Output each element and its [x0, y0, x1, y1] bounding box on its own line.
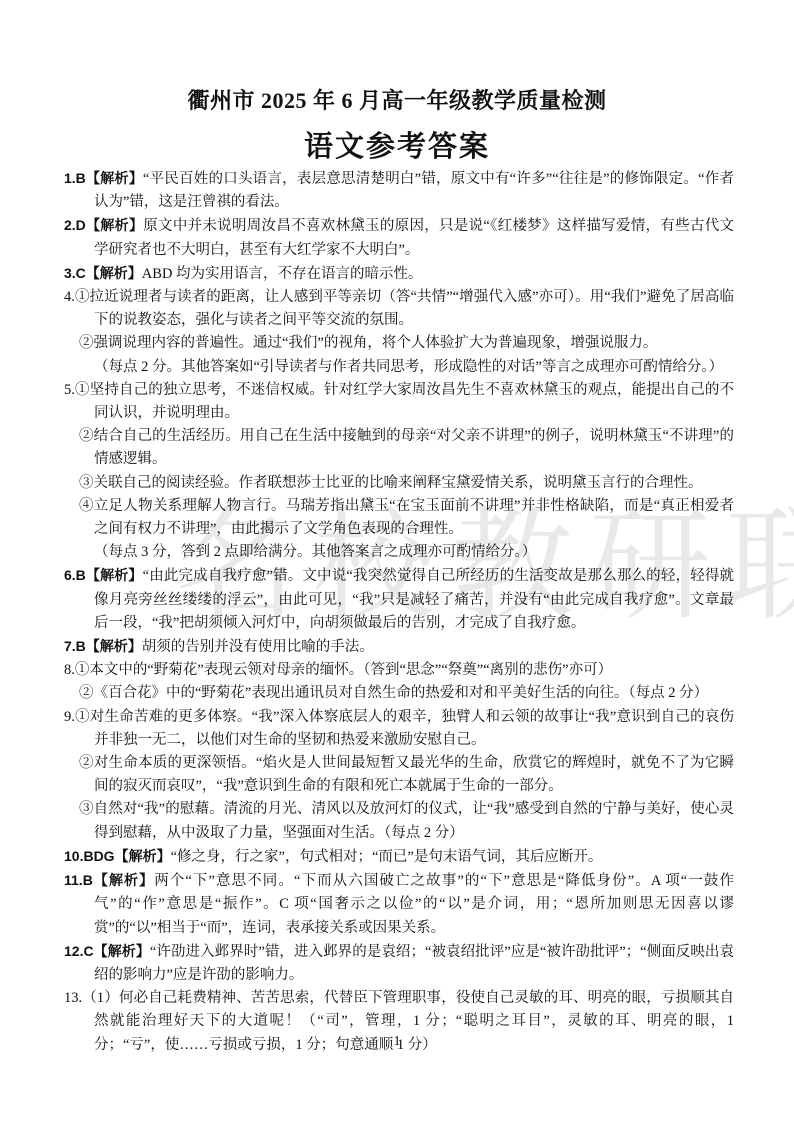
answer-paragraph: 6.B【解析】“由此完成自我疗愈”错。文中说“我突然觉得自己所经历的生活变故是那… — [64, 564, 734, 635]
document-title: 衢州市 2025 年 6 月高一年级教学质量检测 — [0, 0, 794, 115]
answer-label: 12.C【解析】 — [64, 943, 150, 959]
answer-label: 1.B【解析】 — [64, 170, 143, 186]
answer-paragraph: 1.B【解析】“平民百姓的口头语言，表层意思清楚明白”错，原文中有“许多”“往往… — [64, 167, 734, 214]
answer-paragraph: 2.D【解析】原文中并未说明周汝昌不喜欢林黛玉的原因，只是说“《红楼梦》这样描写… — [64, 214, 734, 261]
answer-paragraph: 10.BDG【解析】“修之身，行之家”，句式相对；“而已”是句末语气词，其后应断… — [64, 845, 734, 869]
answer-paragraph: 3.C【解析】ABD 均为实用语言，不存在语言的暗示性。 — [64, 262, 734, 286]
answer-paragraph: 5.①坚持自己的独立思考，不迷信权威。针对红学大家周汝昌先生不喜欢林黛玉的观点，… — [64, 379, 734, 425]
page-number: 1 — [0, 1034, 794, 1050]
answer-paragraph: 9.①对生命苦难的更多体察。“我”深入体察底层人的艰辛，独臂人和云领的故事让“我… — [64, 706, 734, 752]
answer-paragraph: ②对生命本质的更深领悟。“焰火是人世间最短暂又最光华的生命，欣赏它的辉煌时，就免… — [79, 752, 734, 798]
answer-paragraph: ③自然对“我”的慰藉。清流的月光、清风以及放河灯的仪式，让“我”感受到自然的宁静… — [79, 798, 734, 844]
answer-paragraph: 11.B【解析】两个“下”意思不同。“下而从六国破亡之故事”的“下”意思是“降低… — [64, 869, 734, 940]
answer-paragraph: ③关联自己的阅读经验。作者联想莎士比亚的比喻来阐释宝黛爱情关系，说明黛玉言行的合… — [79, 472, 734, 495]
answer-label: 6.B【解析】 — [64, 567, 143, 583]
answer-paragraph: ②结合自己的生活经历。用自己在生活中接触到的母亲“对父亲不讲理”的例子，说明林黛… — [79, 425, 734, 471]
answer-paragraph: ④立足人物关系理解人物言行。马瑞芳指出黛玉“在宝玉面前不讲理”并非性格缺陷，而是… — [79, 495, 734, 541]
answer-label: 2.D【解析】 — [64, 217, 143, 233]
answer-paragraph: 7.B【解析】胡须的告别并没有使用比喻的手法。 — [64, 635, 734, 659]
answer-paragraph: ②《百合花》中的“野菊花”表现出通讯员对自然生命的热爱和对和平美好生活的向往。（… — [79, 682, 734, 705]
answer-paragraph: ②强调说理内容的普遍性。通过“我们”的视角，将个人体验扩大为普遍现象，增强说服力… — [79, 332, 734, 355]
answer-paragraph: （每点 3 分，答到 2 点即给满分。其他答案言之成理亦可酌情给分。） — [94, 541, 734, 564]
answer-paragraph: 8.①本文中的“野菊花”表现云领对母亲的缅怀。（答到“思念”“祭奠”“离别的悲伤… — [64, 659, 734, 682]
answers-body: 1.B【解析】“平民百姓的口头语言，表层意思清楚明白”错，原文中有“许多”“往往… — [64, 167, 734, 1057]
document-subtitle: 语文参考答案 — [0, 124, 794, 165]
answer-paragraph: 12.C【解析】“许劭进入邺界时”错，进入邺界的是袁绍；“被袁绍批评”应是“被许… — [64, 940, 734, 987]
document-page: 名校教研联盟 衢州市 2025 年 6 月高一年级教学质量检测 语文参考答案 1… — [0, 0, 794, 1123]
answer-paragraph: （每点 2 分。其他答案如“引导读者与作者共同思考，形成隐性的对话”等言之成理亦… — [94, 356, 734, 379]
answer-label: 7.B【解析】 — [64, 638, 142, 654]
answer-paragraph: 4.①拉近说理者与读者的距离，让人感到平等亲切（答“共情”“增强代入感”亦可）。… — [64, 286, 734, 332]
answer-label: 3.C【解析】 — [64, 265, 142, 281]
answer-label: 10.BDG【解析】 — [64, 848, 171, 864]
answer-label: 11.B【解析】 — [64, 872, 154, 888]
